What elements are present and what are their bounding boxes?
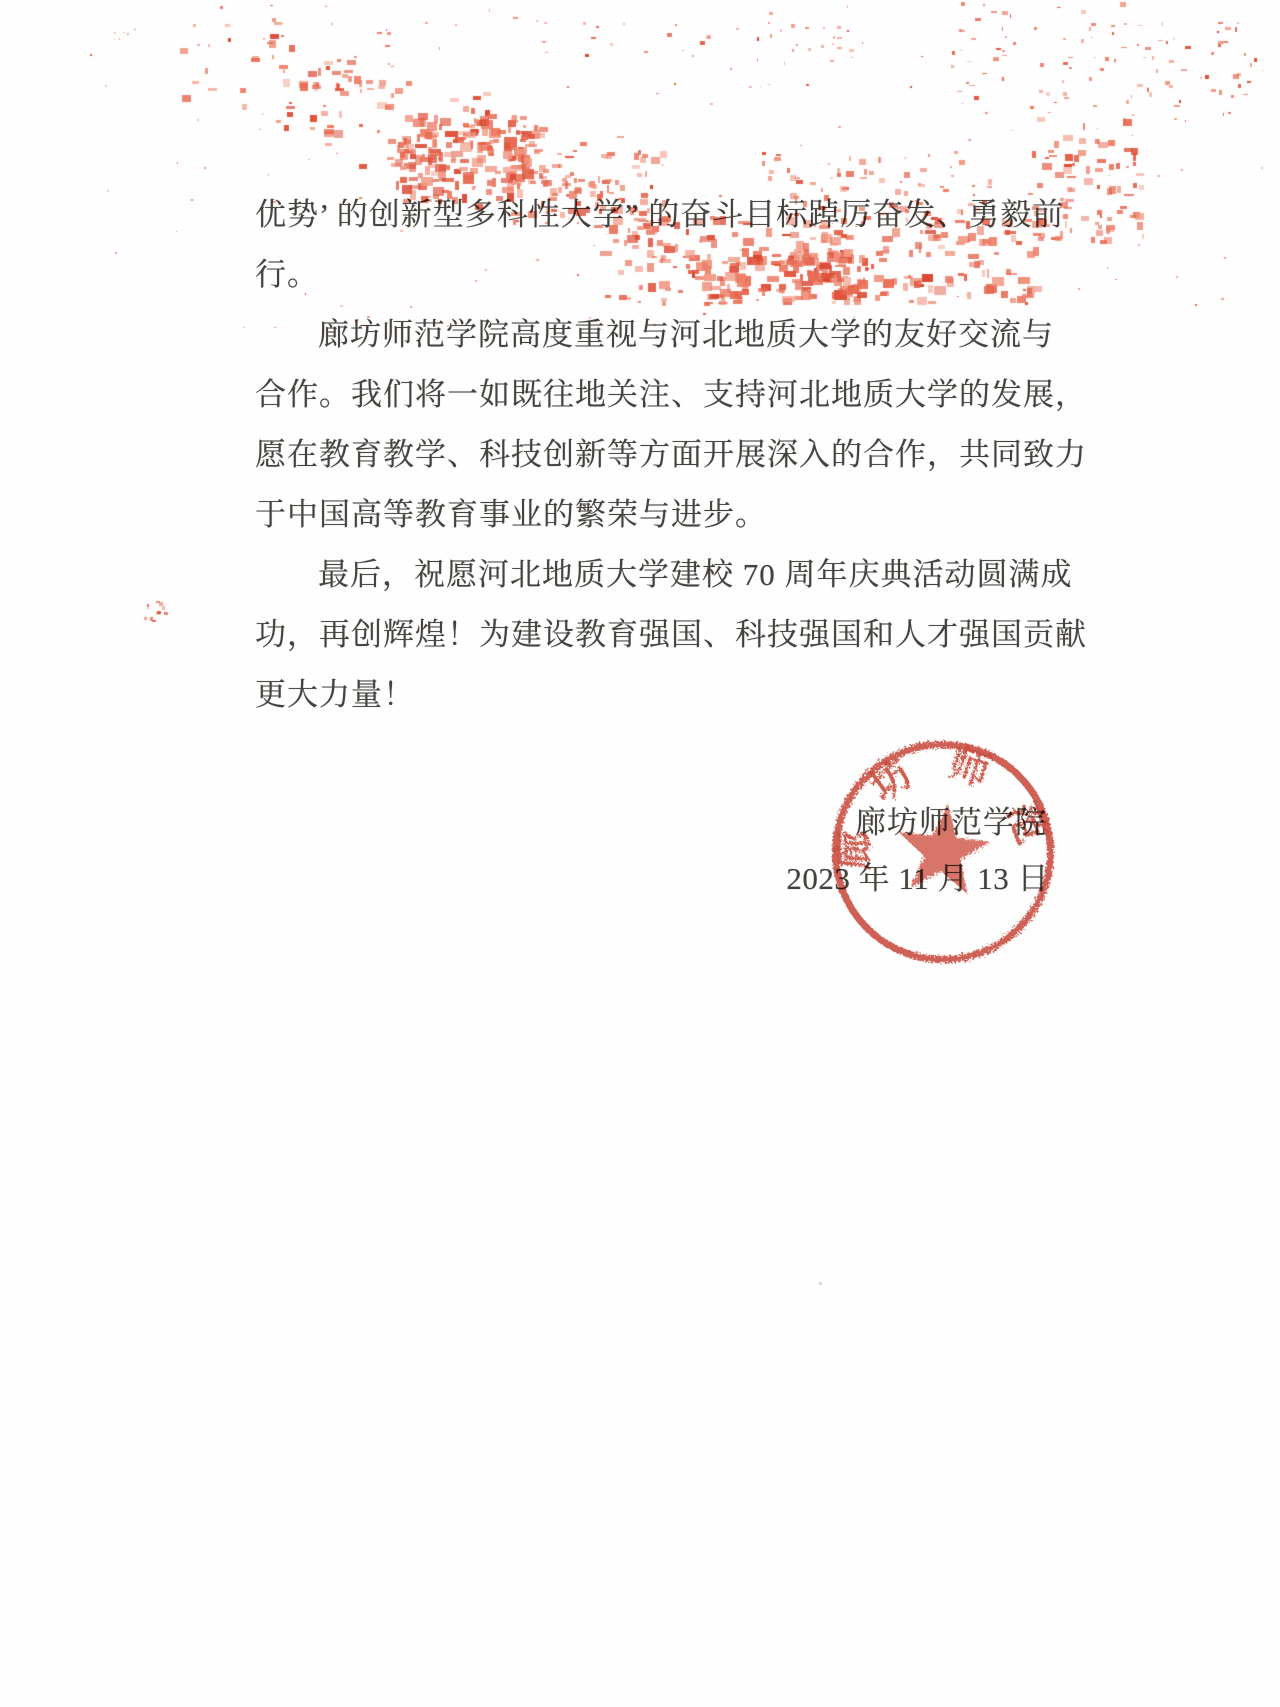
letter-line: 愿在教育教学、科技创新等方面开展深入的合作，共同致力: [255, 425, 1115, 485]
letter-line: 行。: [255, 245, 1115, 305]
letter-line: 廊坊师范学院高度重视与河北地质大学的友好交流与: [255, 305, 1115, 365]
letter-line: 合作。我们将一如既往地关注、支持河北地质大学的发展，: [255, 365, 1115, 425]
letter-line: 更大力量！: [255, 665, 1115, 725]
letter-line: 最后，祝愿河北地质大学建校 70 周年庆典活动圆满成: [255, 545, 1115, 605]
letter-line: 于中国高等教育事业的繁荣与进步。: [255, 485, 1115, 545]
letter-line: 优势’ 的创新型多科性大学” 的奋斗目标踔厉奋发、勇毅前: [255, 185, 1115, 245]
letter-body: 优势’ 的创新型多科性大学” 的奋斗目标踔厉奋发、勇毅前 行。 廊坊师范学院高度…: [255, 185, 1115, 725]
seal-star-icon: [893, 799, 994, 896]
letter-line: 功，再创辉煌！为建设教育强国、科技强国和人才强国贡献: [255, 605, 1115, 665]
official-seal-stamp: 廊坊师范学院: [801, 710, 1085, 994]
scanned-letter-page: 优势’ 的创新型多科性大学” 的奋斗目标踔厉奋发、勇毅前 行。 廊坊师范学院高度…: [0, 0, 1280, 1707]
